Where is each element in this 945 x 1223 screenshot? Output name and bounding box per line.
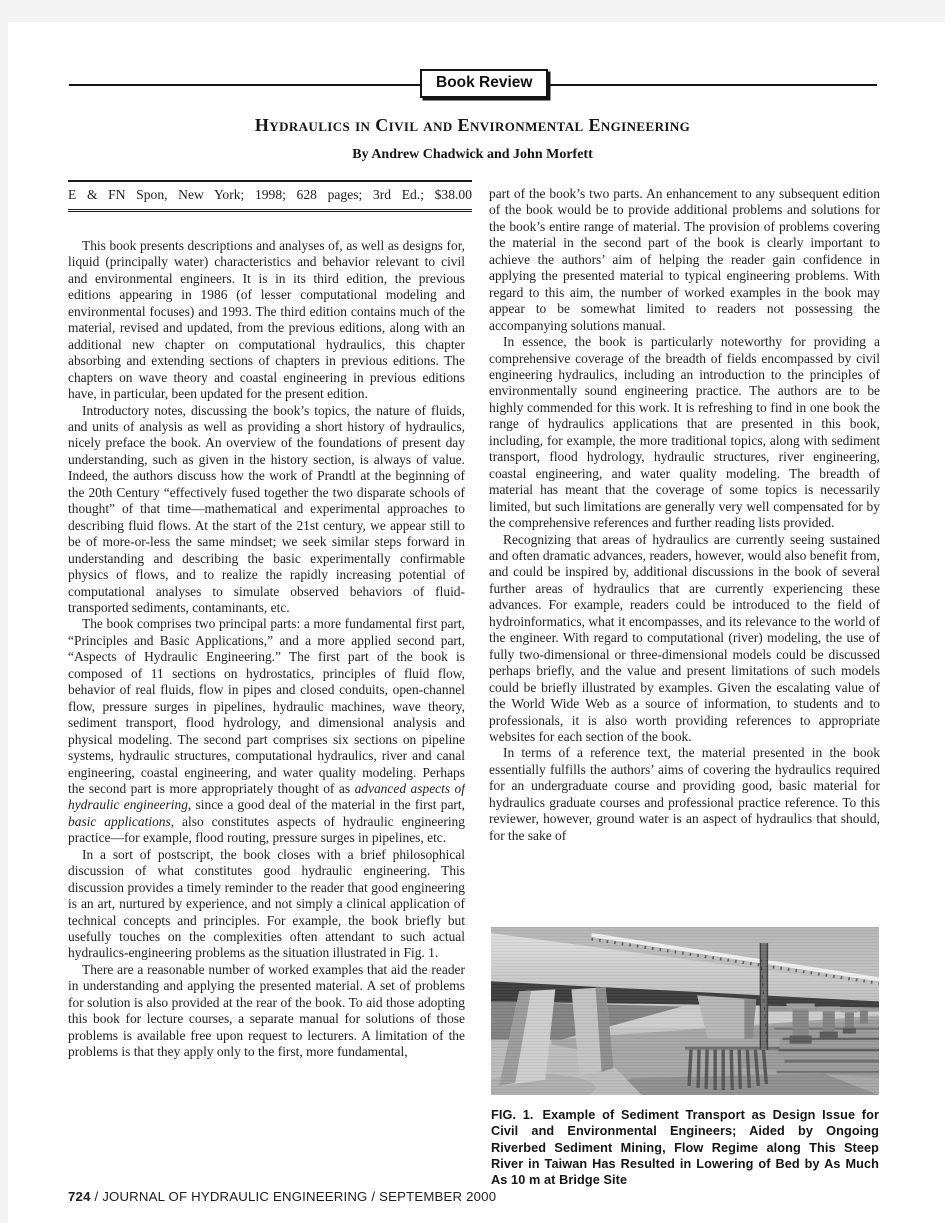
paragraph: There are a reasonable number of worked …	[68, 962, 465, 1061]
paragraph: This book presents descriptions and anal…	[68, 238, 465, 403]
figure-1: FIG. 1.Example of Sediment Transport as …	[491, 927, 879, 1188]
scan-edge-left	[0, 0, 8, 1223]
paragraph: The book comprises two principal parts: …	[68, 616, 465, 846]
publisher-line: E & FN Spon, New York; 1998; 628 pages; …	[68, 180, 472, 212]
page-number: 724	[68, 1189, 91, 1204]
paragraph: In a sort of postscript, the book closes…	[68, 847, 465, 962]
bridge-photo	[491, 927, 879, 1095]
figure-caption-text: Example of Sediment Transport as Design …	[491, 1108, 879, 1187]
paragraph: In essence, the book is particularly not…	[489, 334, 880, 531]
paragraph: part of the book’s two parts. An enhance…	[489, 186, 880, 334]
column-left: This book presents descriptions and anal…	[68, 238, 465, 1186]
scan-edge-top	[0, 0, 945, 22]
banner-label: Book Review	[436, 74, 532, 91]
bridge-photo-art	[491, 927, 879, 1095]
page-footer: 724 / JOURNAL OF HYDRAULIC ENGINEERING /…	[68, 1189, 496, 1204]
paragraph: In terms of a reference text, the materi…	[489, 745, 880, 844]
figure-caption: FIG. 1.Example of Sediment Transport as …	[491, 1107, 879, 1188]
column-right: part of the book’s two parts. An enhance…	[489, 186, 880, 928]
figure-caption-label: FIG. 1.	[491, 1108, 534, 1122]
book-review-banner: Book Review	[420, 69, 548, 98]
article-title: Hydraulics in Civil and Environmental En…	[68, 115, 877, 136]
journal-page: Book Review Hydraulics in Civil and Envi…	[0, 0, 945, 1223]
article-byline: By Andrew Chadwick and John Morfett	[68, 147, 877, 163]
journal-footer-text: / JOURNAL OF HYDRAULIC ENGINEERING / SEP…	[91, 1189, 497, 1204]
paragraph: Introductory notes, discussing the book’…	[68, 403, 465, 617]
paragraph: Recognizing that areas of hydraulics are…	[489, 532, 880, 746]
